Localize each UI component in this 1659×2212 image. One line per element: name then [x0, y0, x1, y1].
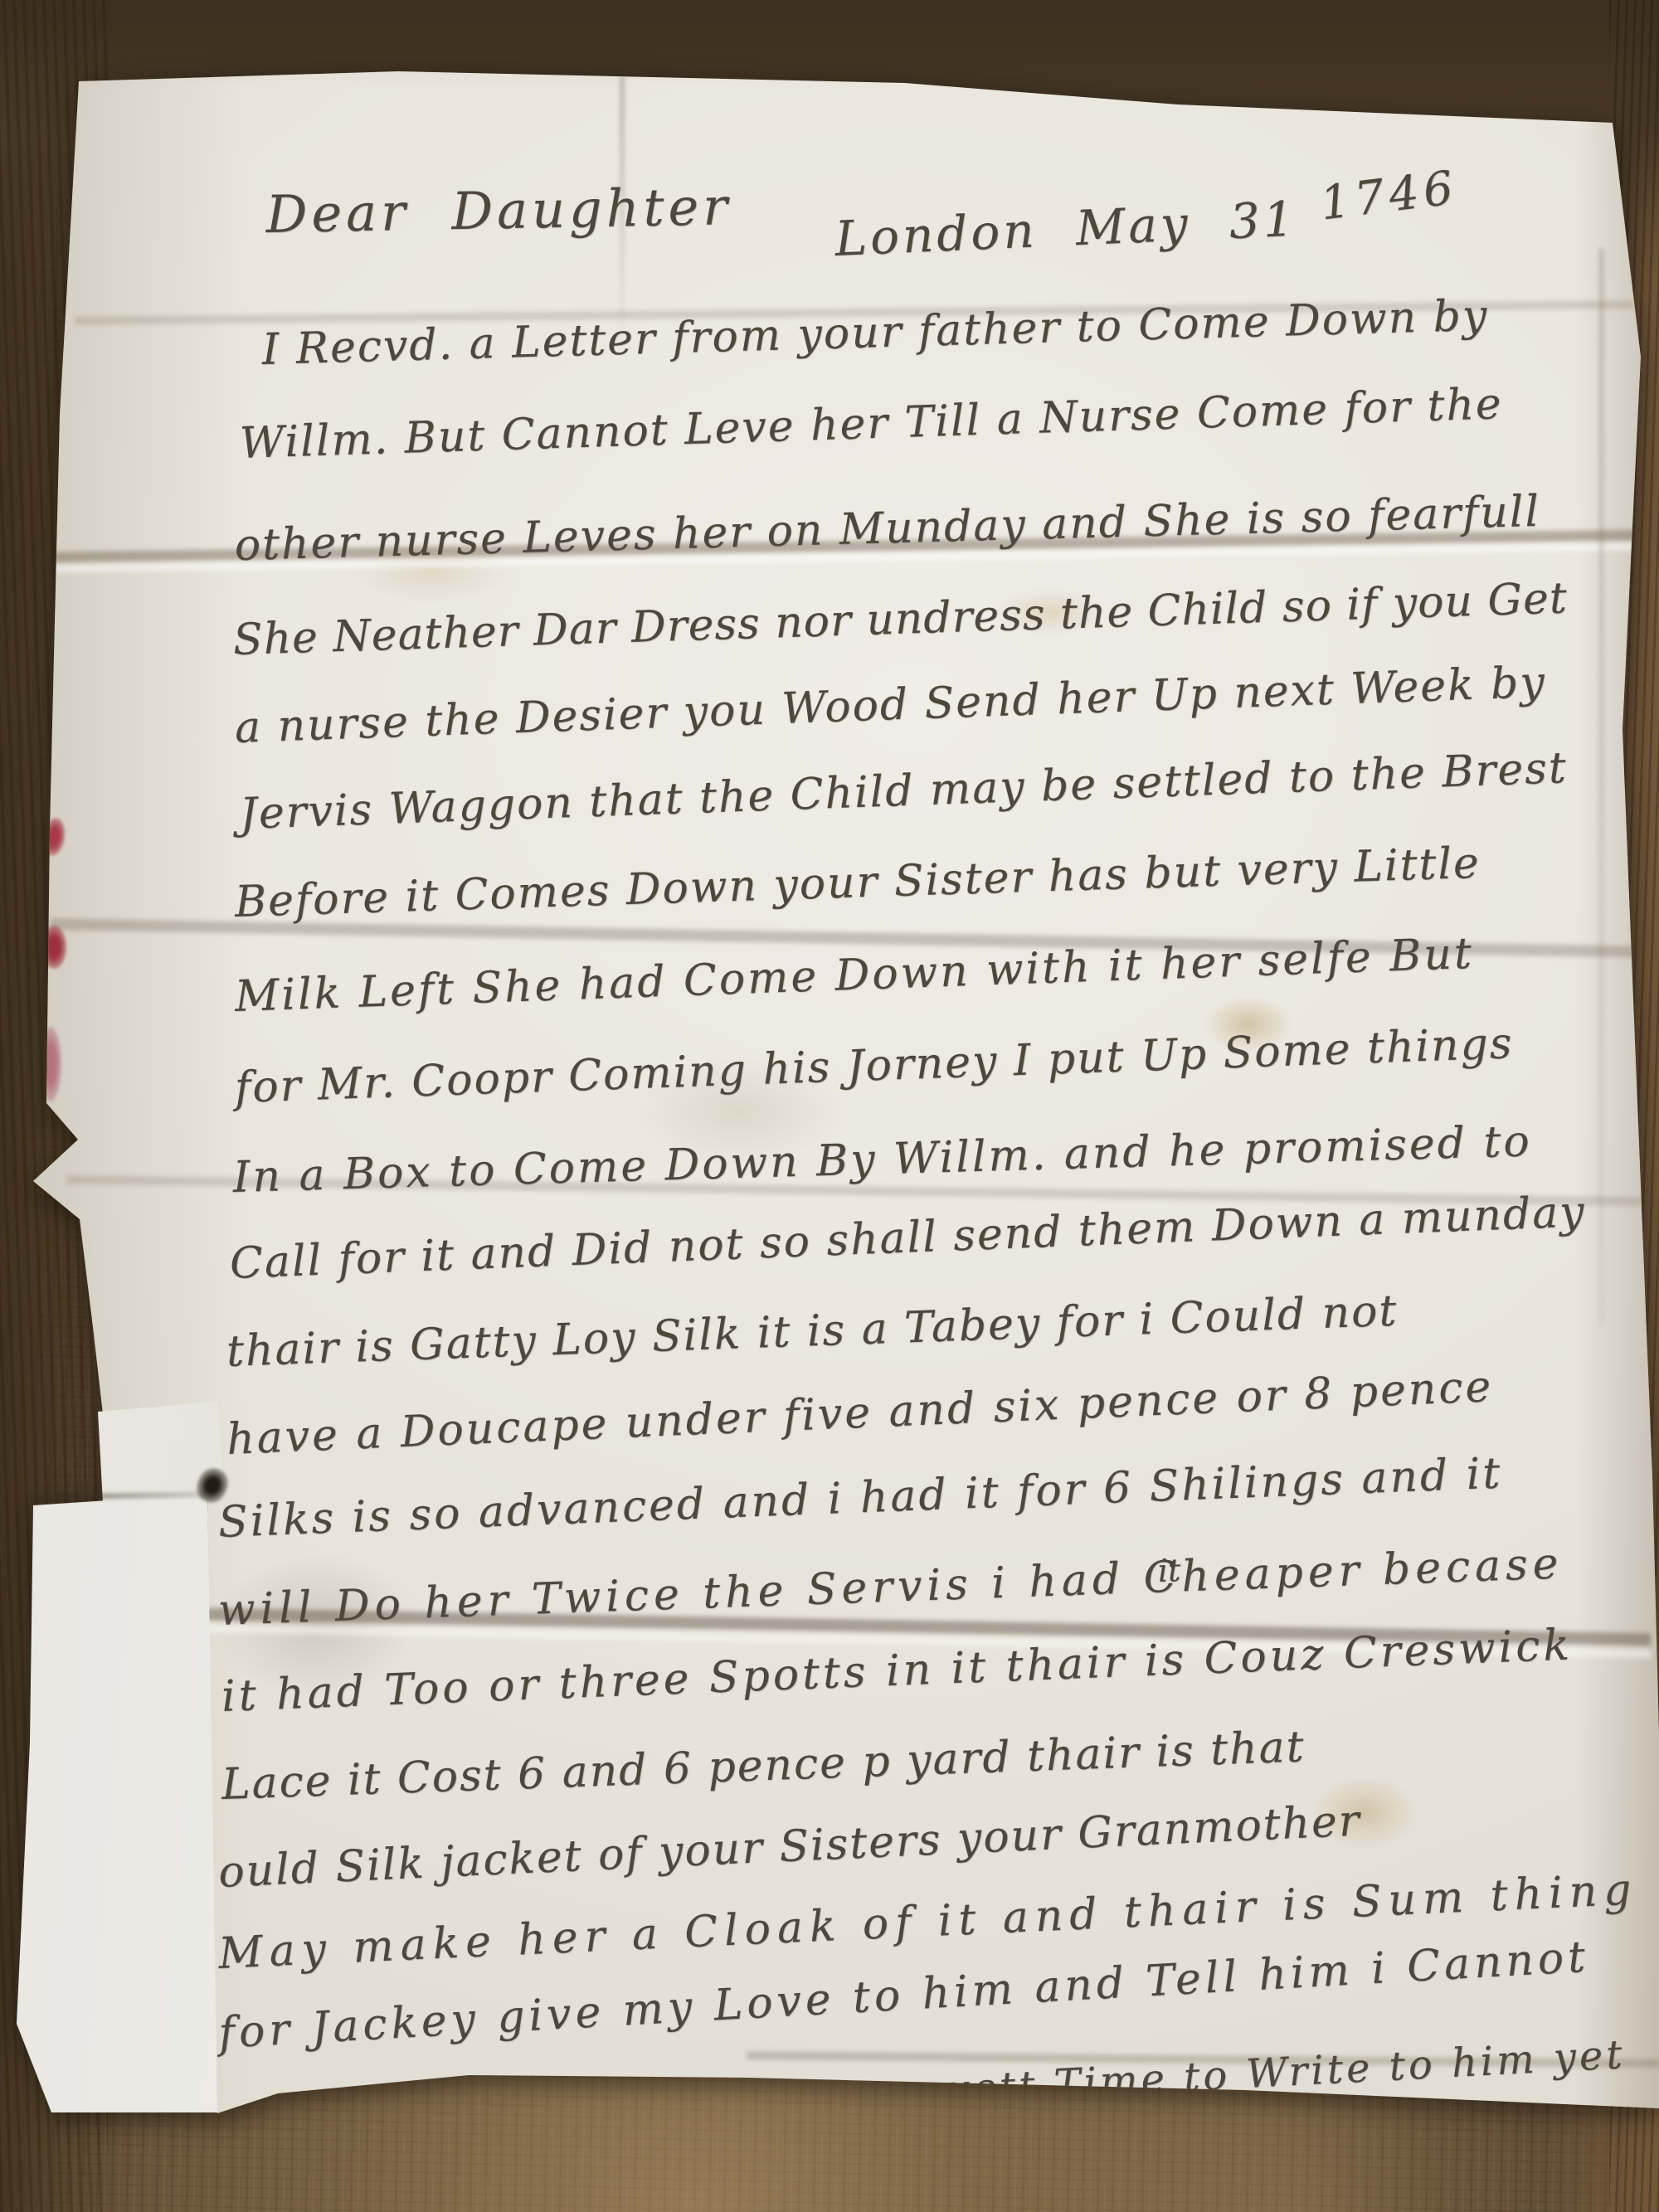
letter-line: will Do her Twice the Servis i had Cheap… [217, 1539, 1564, 1636]
letter-line: for Mr. Coopr Coming his Jorney I put Up… [234, 1018, 1514, 1113]
letter-line: Milk Left She had Come Down with it her … [234, 929, 1475, 1022]
interlinear-insertion: it [1157, 1552, 1181, 1589]
letter-line: ould Silk jacket of your Sisters your Gr… [217, 1796, 1362, 1897]
wax-seal-remnant-3 [40, 1027, 61, 1101]
letter-photo: Dear Daughter London May 31 1746 I Recvd… [0, 0, 1659, 2212]
letter-line: Jervis Waggon that the Child may be sett… [239, 743, 1569, 839]
dateline-year: 1746 [1317, 161, 1461, 231]
letter-paper: Dear Daughter London May 31 1746 I Recvd… [0, 0, 1659, 2212]
fold-crease-right-vertical [1599, 249, 1603, 1327]
letter-line: Call for it and Did not so shall send th… [229, 1187, 1587, 1289]
wax-seal-remnant-1 [41, 816, 67, 857]
letter-line: it had Too or three Spotts in it thair i… [221, 1620, 1574, 1722]
wax-seal-remnant-2 [41, 926, 66, 969]
letter-line: Willm. But Cannot Leve her Till a Nurse … [239, 379, 1503, 469]
letter-line: have a Doucape under five and six pence … [226, 1362, 1494, 1465]
letter-line: She Neather Dar Dress nor undress the Ch… [232, 573, 1569, 665]
letter-line: thair is Gatty Loy Silk it is a Tabey fo… [226, 1286, 1399, 1377]
letter-line: other nurse Leves her on Munday and She … [234, 487, 1541, 571]
letter-line: Silks is so advanced and i had it for 6 … [217, 1449, 1503, 1548]
letter-line: In a Box to Come Down By Willm. and he p… [232, 1116, 1532, 1203]
letter-line: a nurse the Desier you Wood Send her Up … [234, 658, 1547, 753]
dateline: London May 31 [834, 191, 1298, 267]
paper-wrap: Dear Daughter London May 31 1746 I Recvd… [0, 0, 1659, 2212]
salutation: Dear Daughter [265, 176, 732, 245]
letter-line: yett Time to Write to him yet [946, 2031, 1627, 2113]
letter-line: I Recvd. a Letter from your father to Co… [261, 291, 1489, 375]
letter-line: Before it Comes Down your Sister has but… [234, 839, 1481, 927]
letter-line: Lace it Cost 6 and 6 pence p yard thair … [221, 1722, 1306, 1810]
